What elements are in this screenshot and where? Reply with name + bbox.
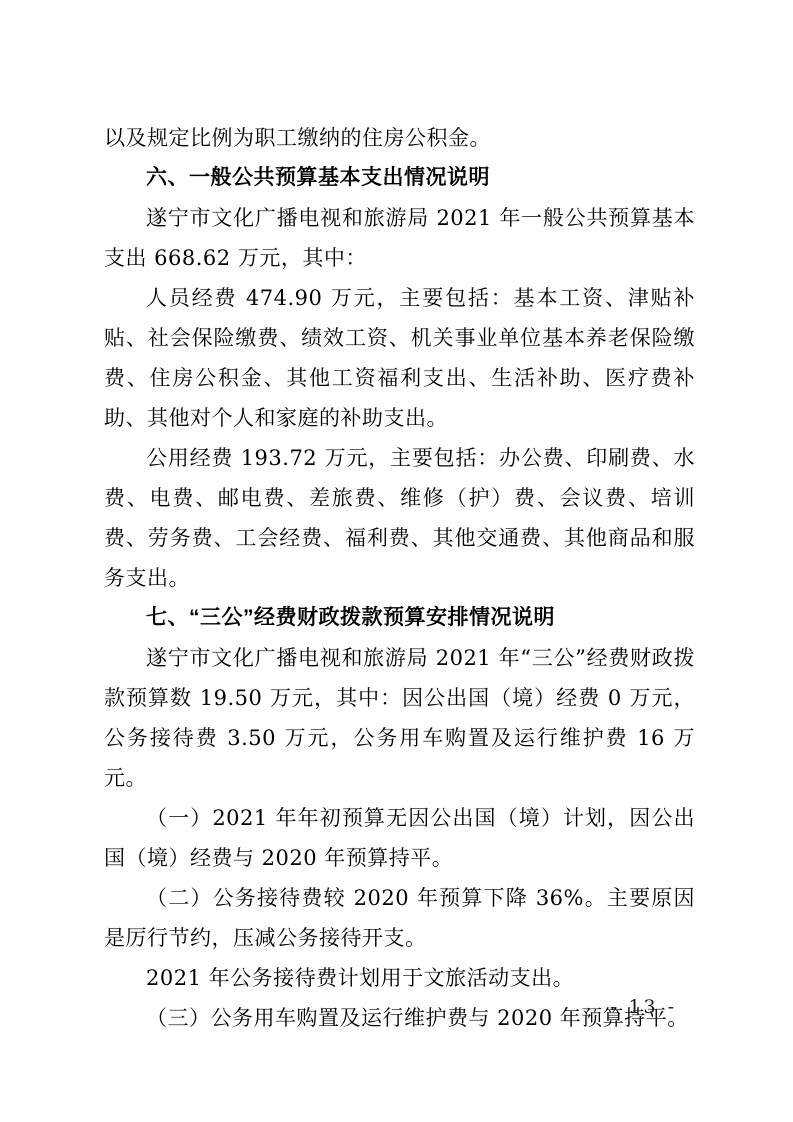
paragraph-reception-plan: 2021 年公务接待费计划用于文旅活动支出。 (104, 958, 695, 998)
paragraph-public-expense: 公用经费 193.72 万元，主要包括：办公费、印刷费、水费、电费、邮电费、差旅… (104, 438, 695, 598)
paragraph-item-two-reception-decrease: （二）公务接待费较 2020 年预算下降 36%。主要原因是厉行节约，压减公务接… (104, 878, 695, 958)
page-number: - 13 - (610, 994, 677, 1020)
section-heading-six-basic-expenditure: 六、一般公共预算基本支出情况说明 (104, 158, 695, 198)
paragraph-three-public-budget: 遂宁市文化广播电视和旅游局 2021 年“三公”经费财政拨款预算数 19.50 … (104, 638, 695, 798)
section-heading-seven-three-public-funds: 七、“三公”经费财政拨款预算安排情况说明 (104, 598, 695, 638)
paragraph-basic-expenditure-total: 遂宁市文化广播电视和旅游局 2021 年一般公共预算基本支出 668.62 万元… (104, 198, 695, 278)
paragraph-housing-fund-continuation: 以及规定比例为职工缴纳的住房公积金。 (104, 118, 695, 158)
document-content: 以及规定比例为职工缴纳的住房公积金。 六、一般公共预算基本支出情况说明 遂宁市文… (104, 118, 695, 1038)
paragraph-item-three-vehicle-expense: （三）公务用车购置及运行维护费与 2020 年预算持平。 (104, 998, 695, 1038)
document-page: 以及规定比例为职工缴纳的住房公积金。 六、一般公共预算基本支出情况说明 遂宁市文… (0, 0, 793, 1122)
paragraph-item-one-overseas-trips: （一）2021 年年初预算无因公出国（境）计划，因公出国（境）经费与 2020 … (104, 798, 695, 878)
paragraph-personnel-expense: 人员经费 474.90 万元，主要包括：基本工资、津贴补贴、社会保险缴费、绩效工… (104, 278, 695, 438)
